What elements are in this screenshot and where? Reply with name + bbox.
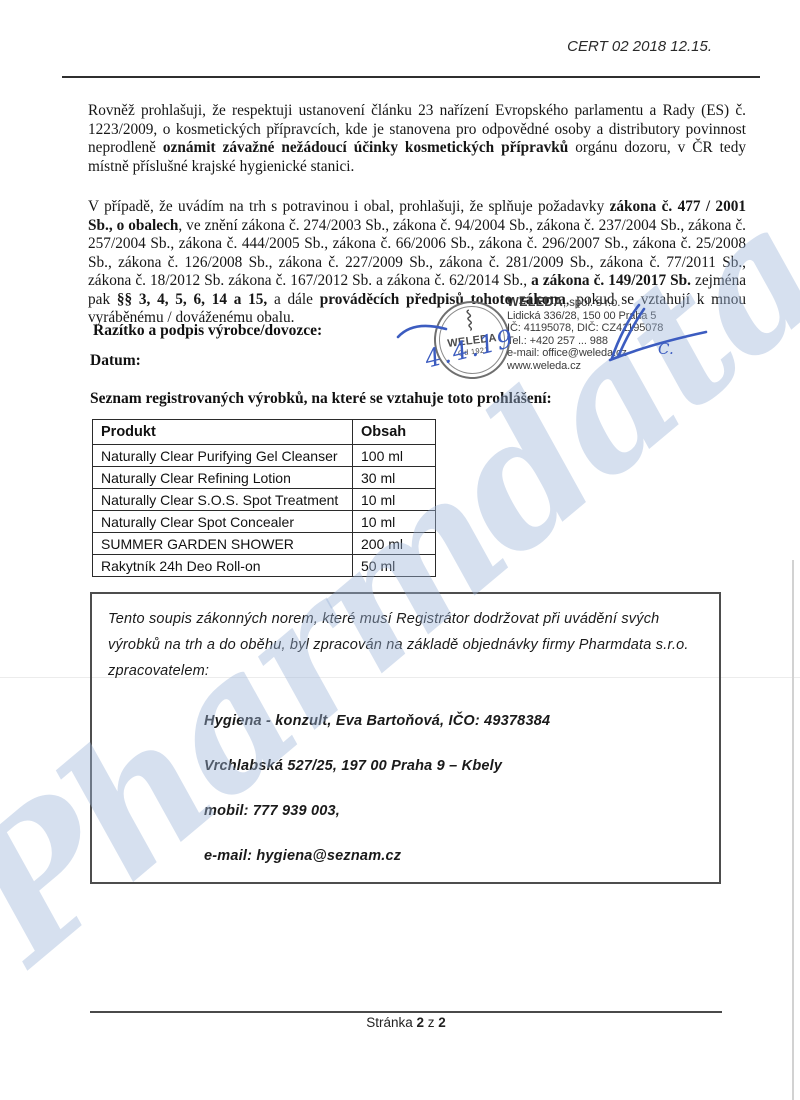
stamp-signature-label: Razítko a podpis výrobce/dovozce: xyxy=(93,322,322,340)
info-box-intro: Tento soupis zákonných norem, které musí… xyxy=(108,606,703,684)
table-cell: Naturally Clear Spot Concealer xyxy=(93,511,353,533)
table-row: Naturally Clear Refining Lotion30 ml xyxy=(93,467,436,489)
column-header-produkt: Produkt xyxy=(93,420,353,445)
footer-divider xyxy=(90,1011,722,1013)
table-cell: 10 ml xyxy=(353,511,436,533)
page-number: Stránka 2 z 2 xyxy=(90,1015,722,1030)
table-cell: 10 ml xyxy=(353,489,436,511)
table-row: Rakytník 24h Deo Roll-on50 ml xyxy=(93,555,436,577)
table-cell: SUMMER GARDEN SHOWER xyxy=(93,533,353,555)
document-code: CERT 02 2018 12.15. xyxy=(420,38,712,55)
column-header-obsah: Obsah xyxy=(353,420,436,445)
scan-edge-line xyxy=(792,560,794,1100)
table-cell: 30 ml xyxy=(353,467,436,489)
signature-ink xyxy=(380,280,730,395)
table-cell: 200 ml xyxy=(353,533,436,555)
registered-products-table: Produkt Obsah Naturally Clear Purifying … xyxy=(92,419,436,577)
table-cell: Rakytník 24h Deo Roll-on xyxy=(93,555,353,577)
info-box-contact-address: Vrchlabská 527/25, 197 00 Praha 9 – Kbel… xyxy=(204,758,703,774)
table-cell: Naturally Clear Purifying Gel Cleanser xyxy=(93,445,353,467)
table-header-row: Produkt Obsah xyxy=(93,420,436,445)
paragraph-cosmetics-declaration: Rovněž prohlašuji, že respektuji ustanov… xyxy=(88,102,746,176)
info-box-contact-email: e-mail: hygiena@seznam.cz xyxy=(204,848,703,864)
header-divider xyxy=(62,76,760,78)
info-box-contact-mobile: mobil: 777 939 003, xyxy=(204,803,703,819)
table-row: SUMMER GARDEN SHOWER200 ml xyxy=(93,533,436,555)
table-cell: Naturally Clear Refining Lotion xyxy=(93,467,353,489)
registrator-info-box: Tento soupis zákonných norem, které musí… xyxy=(90,592,721,884)
info-box-contact-name: Hygiena - konzult, Eva Bartoňová, IČO: 4… xyxy=(204,713,703,729)
date-label: Datum: xyxy=(90,352,141,370)
table-cell: Naturally Clear S.O.S. Spot Treatment xyxy=(93,489,353,511)
table-cell: 100 ml xyxy=(353,445,436,467)
table-row: Naturally Clear Purifying Gel Cleanser10… xyxy=(93,445,436,467)
table-cell: 50 ml xyxy=(353,555,436,577)
table-row: Naturally Clear Spot Concealer10 ml xyxy=(93,511,436,533)
table-row: Naturally Clear S.O.S. Spot Treatment10 … xyxy=(93,489,436,511)
